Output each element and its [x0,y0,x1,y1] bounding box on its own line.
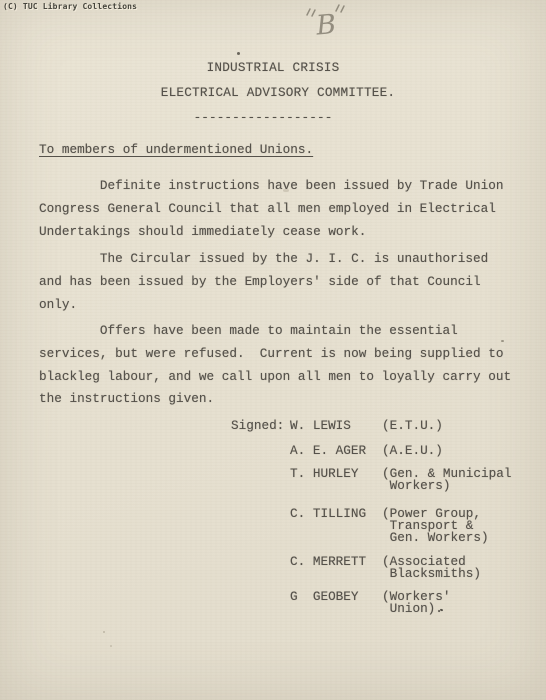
signature-row: Signed: W. LEWIS (E.T.U.) [231,420,531,432]
handwritten-annotation: B [296,1,352,43]
signatory-union: (A.E.U.) [382,445,531,457]
signature-row: C. MERRETT (Associated Blacksmiths) [231,556,531,580]
signatory-name: A. E. AGER [290,445,382,457]
paper-speck [103,631,105,633]
signature-row: G GEOBEY (Workers' Union). [231,591,531,615]
signatory-union: (Workers' Union). [382,591,531,615]
signatory-union: (Power Group, Transport & Gen. Workers) [382,508,531,544]
signatory-name: T. HURLEY [290,468,382,480]
document-title: INDUSTRIAL CRISIS [0,60,546,75]
signed-label: Signed: [231,420,290,432]
document-subtitle: ELECTRICAL ADVISORY COMMITTEE. [5,85,546,100]
salutation: To members of undermentioned Unions. [39,142,313,157]
title-divider: ------------------ [0,110,536,125]
copyright-stamp: (C) TUC Library Collections [3,2,137,11]
signature-row: T. HURLEY (Gen. & Municipal Workers) [231,468,531,492]
signature-block: Signed: W. LEWIS (E.T.U.) A. E. AGER (A.… [231,420,531,615]
signature-row: A. E. AGER (A.E.U.) [231,445,531,457]
signatory-name: C. TILLING [290,508,382,520]
signatory-name: C. MERRETT [290,556,382,568]
signatory-union: (Associated Blacksmiths) [382,556,531,580]
signature-row: C. TILLING (Power Group, Transport & Gen… [231,508,531,544]
body-paragraph-1: Definite instructions have been issued b… [39,175,525,243]
paper-speck [110,645,112,647]
paper-speck [283,189,289,192]
document-page: (C) TUC Library Collections B INDUSTRIAL… [0,0,546,700]
body-paragraph-3: Offers have been made to maintain the es… [39,320,525,411]
body-paragraph-2: The Circular issued by the J. I. C. is u… [39,248,525,316]
paper-speck [501,340,504,342]
handwritten-letter: B [314,9,337,42]
signatory-union: (E.T.U.) [382,420,531,432]
paper-speck [237,52,240,55]
signatory-name: G GEOBEY [290,591,382,603]
signatory-union: (Gen. & Municipal Workers) [382,468,531,492]
signatory-name: W. LEWIS [290,420,382,432]
